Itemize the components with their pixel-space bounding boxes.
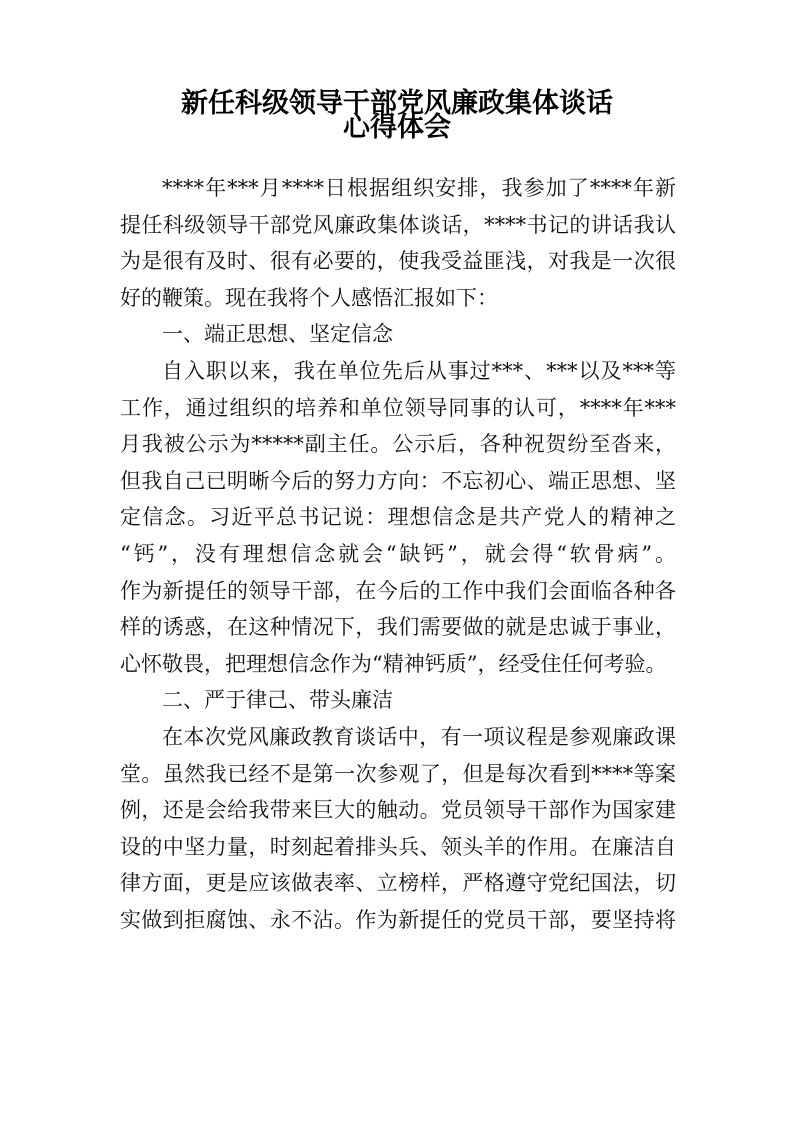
paragraph-line: 为是很有及时、很有必要的，使我受益匪浅，对我是一次很 (120, 243, 676, 280)
paragraph-line: 但我自己已明晰今后的努力方向：不忘初心、端正思想、坚 (120, 463, 676, 500)
paragraph-line: 好的鞭策。现在我将个人感悟汇报如下： (120, 280, 676, 317)
paragraph-line: “钙”，没有理想信念就会“缺钙”，就会得“软骨病”。 (120, 536, 676, 573)
paragraph-line: 例，还是会给我带来巨大的触动。党员领导干部作为国家建 (120, 792, 676, 829)
section-heading-2: 二、严于律己、带头廉洁 (120, 682, 676, 719)
paragraph-line: 心怀敬畏，把理想信念作为“精神钙质”，经受住任何考验。 (120, 646, 676, 683)
paragraph-line: 月我被公示为*****副主任。公示后，各种祝贺纷至沓来， (120, 426, 676, 463)
paragraph-line: 实做到拒腐蚀、永不沾。作为新提任的党员干部，要坚持将 (120, 902, 676, 939)
paragraph-line: 定信念。习近平总书记说：理想信念是共产党人的精神之 (120, 499, 676, 536)
intro-paragraph: ****年***月****日根据组织安排，我参加了****年新 提任科级领导干部… (120, 170, 676, 316)
paragraph-line: 自入职以来，我在单位先后从事过***、***以及***等 (120, 353, 676, 390)
paragraph-line: 样的诱惑，在这种情况下，我们需要做的就是忠诚于事业， (120, 609, 676, 646)
paragraph-line: 律方面，更是应该做表率、立榜样，严格遵守党纪国法，切 (120, 865, 676, 902)
paragraph-line: 提任科级领导干部党风廉政集体谈话，****书记的讲话我认 (120, 207, 676, 244)
paragraph-line: ****年***月****日根据组织安排，我参加了****年新 (120, 170, 676, 207)
paragraph-line: 在本次党风廉政教育谈话中，有一项议程是参观廉政课 (120, 719, 676, 756)
paragraph-line: 作为新提任的领导干部，在今后的工作中我们会面临各种各 (120, 573, 676, 610)
section-2-paragraph: 在本次党风廉政教育谈话中，有一项议程是参观廉政课 堂。虽然我已经不是第一次参观了… (120, 719, 676, 939)
document-body: ****年***月****日根据组织安排，我参加了****年新 提任科级领导干部… (120, 170, 676, 938)
section-1-paragraph: 自入职以来，我在单位先后从事过***、***以及***等 工作，通过组织的培养和… (120, 353, 676, 682)
section-heading-1: 一、端正思想、坚定信念 (120, 316, 676, 353)
document-page: 新任科级领导干部党风廉政集体谈话 心得体会 ****年***月****日根据组织… (0, 0, 794, 1122)
paragraph-line: 堂。虽然我已经不是第一次参观了，但是每次看到****等案 (120, 756, 676, 793)
paragraph-line: 工作，通过组织的培养和单位领导同事的认可，****年*** (120, 390, 676, 427)
paragraph-line: 设的中坚力量，时刻起着排头兵、领头羊的作用。在廉洁自 (120, 829, 676, 866)
document-title-line-2: 心得体会 (0, 112, 794, 144)
